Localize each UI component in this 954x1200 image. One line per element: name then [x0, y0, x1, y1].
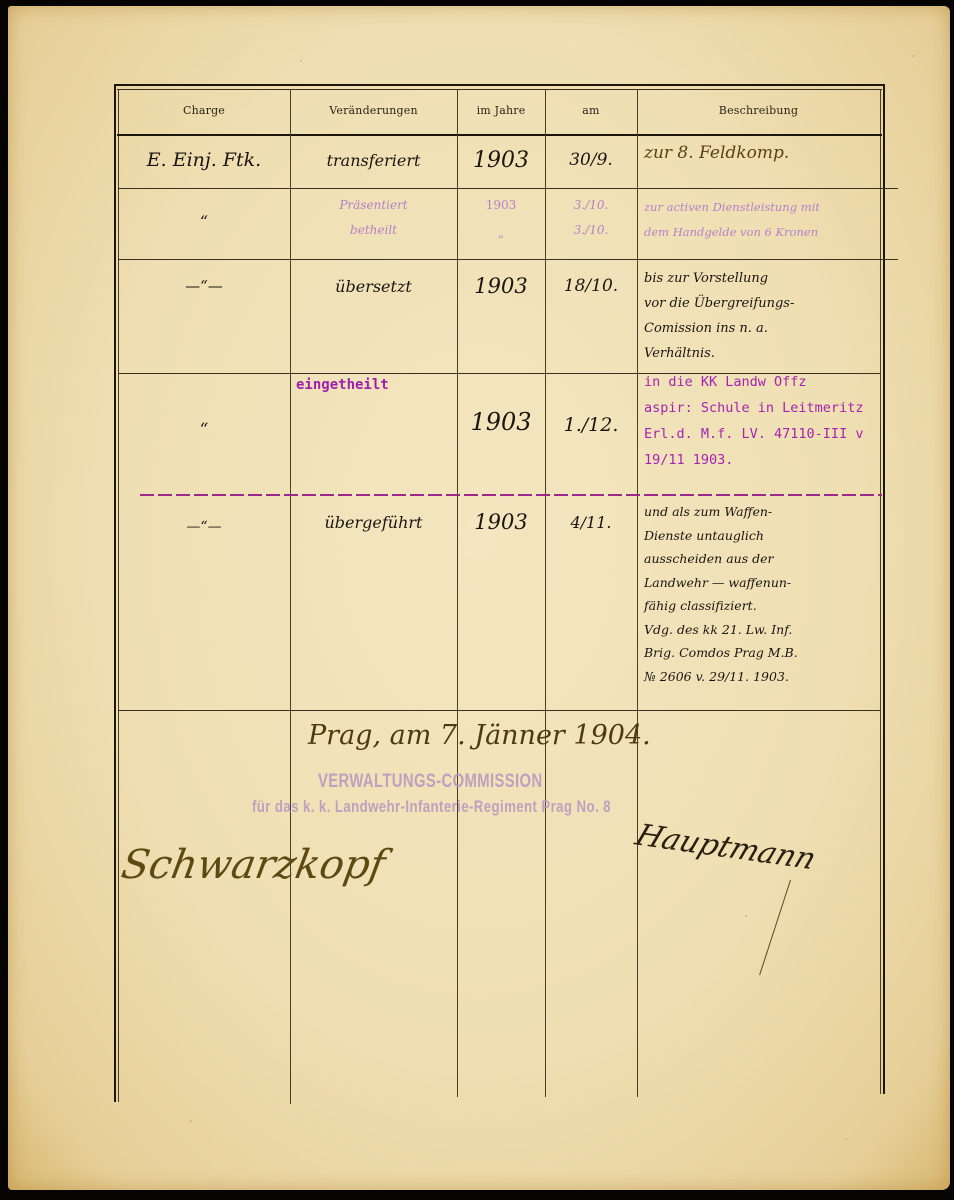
cell-year: 1903 — [457, 400, 545, 444]
description-line: Comission ins n. a. — [644, 316, 880, 341]
header-changes: Veränderungen — [290, 92, 457, 128]
cell-date-line: 3./10. — [545, 192, 637, 218]
paper-speck — [190, 1120, 192, 1122]
cell-description-stamp: in die KK Landw Offz aspir: Schule in Le… — [644, 369, 880, 473]
description-line: aspir: Schule in Leitmeritz — [644, 395, 880, 421]
description-line: fähig classifiziert. — [644, 594, 880, 618]
cell-date: 1./12. — [545, 405, 637, 445]
table-top-inner-border — [117, 89, 882, 90]
paper-speck — [912, 55, 914, 57]
description-line: Landwehr — waffenun- — [644, 571, 880, 595]
cell-date-line: 3./10. — [545, 217, 637, 243]
cell-charge: “ — [118, 405, 290, 455]
description-line: Verhältnis. — [644, 341, 880, 366]
cell-date: 4/11. — [545, 504, 637, 540]
cell-change: transferiert — [290, 140, 457, 180]
table-right-border — [883, 84, 885, 1094]
cell-charge: —“— — [118, 268, 290, 304]
cell-date: 30/9. — [545, 140, 637, 180]
row-divider — [118, 259, 898, 260]
cell-change-line: Präsentiert — [290, 192, 457, 218]
description-line: dem Handgelde von 6 Kronen — [644, 220, 880, 245]
paper-speck — [845, 1138, 847, 1140]
stamp-line-1: VERWALTUNGS-COMMISSION — [318, 771, 543, 793]
signature-left: Schwarzkopf — [118, 842, 389, 888]
header-bottom-rule — [117, 134, 882, 136]
paper-speck — [300, 60, 302, 62]
cell-change-line: betheilt — [290, 217, 457, 243]
table-left-border — [114, 84, 116, 1102]
header-date: am — [545, 92, 637, 128]
violet-dashed-divider — [140, 494, 882, 496]
cell-year: 1903 — [457, 140, 545, 180]
description-line: vor die Übergreifungs- — [644, 291, 880, 316]
cell-change-stamp: eingetheilt — [296, 374, 436, 396]
header-description: Beschreibung — [637, 92, 880, 128]
header-charge: Charge — [118, 92, 290, 128]
cell-date: 18/10. — [545, 268, 637, 304]
cell-charge: E. Einj. Ftk. — [118, 140, 290, 180]
description-line: ausscheiden aus der — [644, 547, 880, 571]
row-divider — [118, 188, 898, 189]
cell-description: bis zur Vorstellung vor die Übergreifung… — [644, 266, 880, 366]
description-line: in die KK Landw Offz — [644, 369, 880, 395]
description-line: Brig. Comdos Prag M.B. — [644, 641, 880, 665]
cell-year: 1903 — [457, 268, 545, 304]
cell-description: zur 8. Feldkomp. — [644, 142, 880, 165]
row-divider — [118, 710, 880, 711]
table-top-border — [114, 84, 885, 86]
cell-charge: “ — [118, 196, 290, 246]
column-separator — [637, 89, 638, 1097]
description-line: zur 8. Feldkomp. — [644, 142, 880, 165]
description-line: bis zur Vorstellung — [644, 266, 880, 291]
cell-year-line: 1903 — [457, 192, 545, 218]
cell-change: übersetzt — [290, 268, 457, 304]
description-line: Dienste untauglich — [644, 524, 880, 548]
paper-speck — [745, 915, 747, 917]
stamp-line-2: für das k. k. Landwehr-Infanterie-Regime… — [252, 797, 611, 817]
description-line: 19/11 1903. — [644, 447, 880, 473]
cell-description: zur activen Dienstleistung mit dem Handg… — [644, 195, 880, 245]
cell-year-line: „ — [457, 220, 545, 246]
cell-year: 1903 — [457, 504, 545, 540]
cell-charge: —“— — [118, 512, 290, 542]
place-date: Prag, am 7. Jänner 1904. — [308, 720, 651, 751]
cell-change: übergeführt — [290, 504, 457, 540]
description-line: № 2606 v. 29/11. 1903. — [644, 665, 880, 689]
table-right-inner-border — [880, 89, 881, 1094]
description-line: Vdg. des kk 21. Lw. Inf. — [644, 618, 880, 642]
description-line: zur activen Dienstleistung mit — [644, 195, 880, 220]
description-line: und als zum Waffen- — [644, 500, 880, 524]
header-year: im Jahre — [457, 92, 545, 128]
cell-description: und als zum Waffen- Dienste untauglich a… — [644, 500, 880, 688]
description-line: Erl.d. M.f. LV. 47110-III v — [644, 421, 880, 447]
